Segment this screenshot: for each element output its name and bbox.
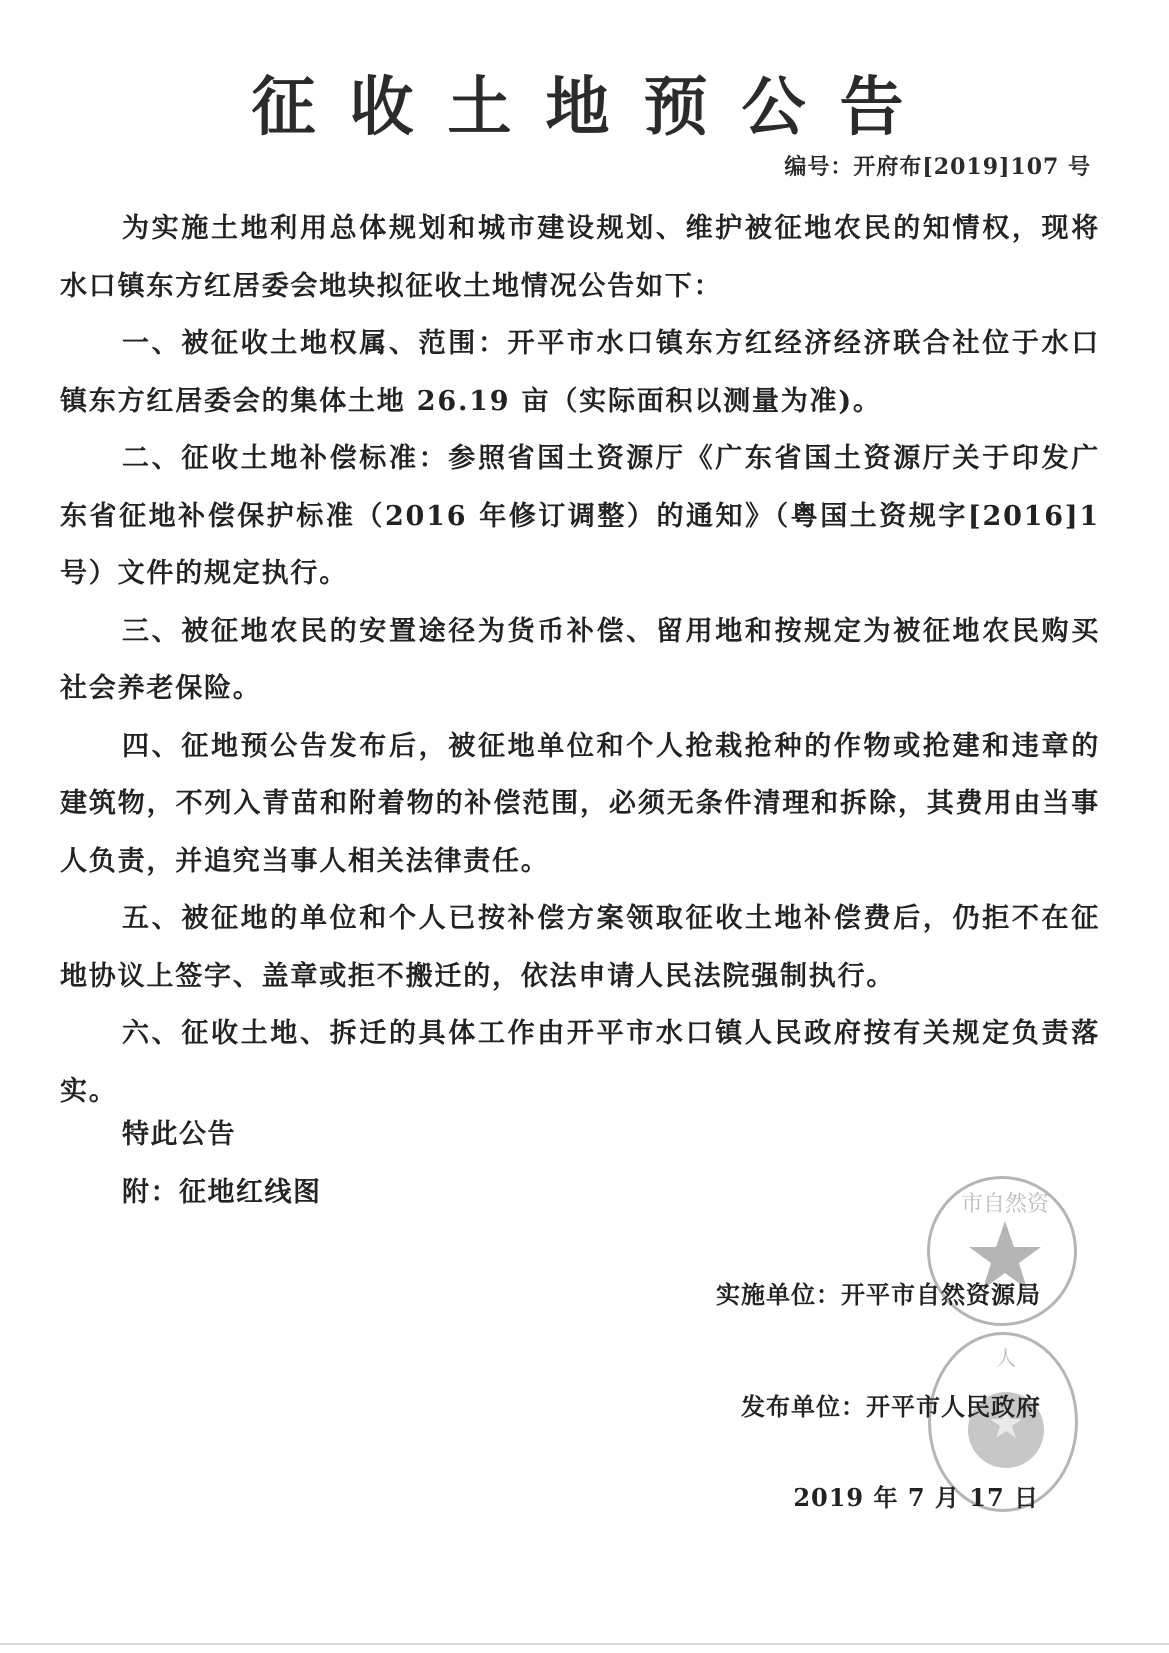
document-number: 编号：开府布[2019]107 号 (784, 150, 1091, 181)
svg-text:人: 人 (996, 1346, 1016, 1370)
clause-5-paragraph: 五、被征地的单位和个人已按补偿方案领取征收土地补偿费后，仍拒不在征地协议上签字、… (60, 890, 1100, 1005)
clause-4-paragraph: 四、征地预公告发布后，被征地单位和个人抢栽抢种的作物或抢建和违章的建筑物，不列入… (60, 718, 1100, 891)
intro-paragraph: 为实施土地利用总体规划和城市建设规划、维护被征地农民的知情权，现将水口镇东方红居… (60, 200, 1100, 315)
closing-statement: 特此公告 (122, 1106, 322, 1164)
document-title: 征收土地预公告 (0, 68, 1169, 148)
closing-block: 特此公告 附：征地红线图 (122, 1106, 322, 1222)
clause-1-paragraph: 一、被征收土地权属、范围：开平市水口镇东方红经济经济联合社位于水口镇东方红居委会… (60, 315, 1100, 430)
clause-6-paragraph: 六、征收土地、拆迁的具体工作由开平市水口镇人民政府按有关规定负责落实。 (60, 1005, 1100, 1120)
scan-edge-line (0, 1643, 1169, 1645)
implementing-unit: 实施单位：开平市自然资源局 (716, 1275, 1041, 1310)
clause-2-paragraph: 二、征收土地补偿标准：参照省国土资源厅《广东省国土资源厅关于印发广东省征地补偿保… (60, 430, 1100, 603)
issue-date: 2019 年 7 月 17 日 (793, 1478, 1039, 1513)
document-body: 为实施土地利用总体规划和城市建设规划、维护被征地农民的知情权，现将水口镇东方红居… (60, 200, 1100, 1120)
svg-text:市自然资: 市自然资 (961, 1192, 1050, 1217)
document-page: 征收土地预公告 编号：开府布[2019]107 号 为实施土地利用总体规划和城市… (0, 0, 1169, 1653)
publishing-unit: 发布单位：开平市人民政府 (741, 1387, 1041, 1422)
attachment-note: 附：征地红线图 (122, 1164, 322, 1222)
clause-3-paragraph: 三、被征地农民的安置途径为货币补偿、留用地和按规定为被征地农民购买社会养老保险。 (60, 603, 1100, 718)
